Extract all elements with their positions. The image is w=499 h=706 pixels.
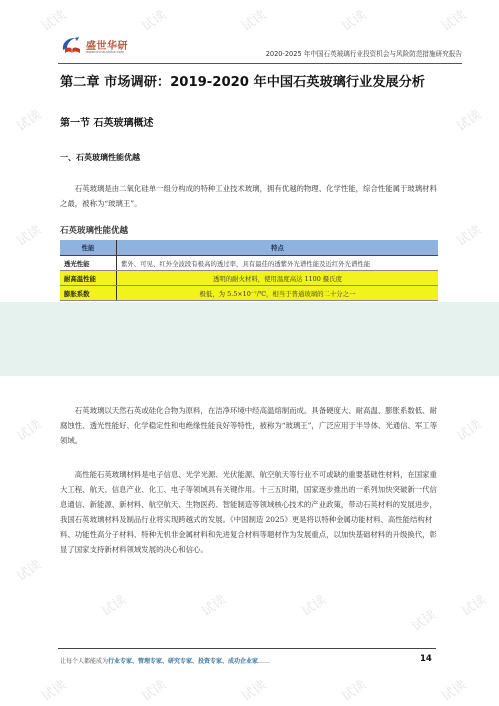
header-divider xyxy=(58,63,462,64)
overlay-banner[interactable] xyxy=(0,302,499,376)
column-header: 特点 xyxy=(117,240,439,256)
performance-table: 性能 特点 透光性能 紫外、可见、红外全波段有极高的透过率，具有最佳的透紫外光谱… xyxy=(60,240,438,301)
table-row: 透光性能 紫外、可见、红外全波段有极高的透过率，具有最佳的透紫外光谱性能及近红外… xyxy=(60,256,438,271)
slogan-suffix: …… xyxy=(258,658,270,665)
table-header-row: 性能 特点 xyxy=(60,240,438,256)
logo-book-icon xyxy=(60,36,82,56)
cell-feature: 透明的耐火材料，使用温度高达 1100 摄氏度 xyxy=(117,271,439,286)
cell-feature: 极低，为 5.5×10⁻⁷/℃，相当于普通玻璃的二十分之一 xyxy=(117,286,439,301)
logo-url: www.china-shiha.com xyxy=(86,50,124,54)
document-page: 盛世华研 www.china-shiha.com 2020-2025 年中国石英… xyxy=(0,0,499,706)
paragraph-text: 高性能石英玻璃材料是电子信息、光学光源、光伏能源、航空航天等行业不可或缺的重要基… xyxy=(60,467,442,557)
cell-property: 耐高温性能 xyxy=(60,271,117,286)
slogan-highlight: 行业专家、管理专家、研究专家、投资专家、成功企业家 xyxy=(108,658,258,665)
cell-property: 透光性能 xyxy=(60,256,117,271)
column-header: 性能 xyxy=(60,240,117,256)
slogan-prefix: 让每个人都能成为 xyxy=(60,658,108,665)
table-row: 耐高温性能 透明的耐火材料，使用温度高达 1100 摄氏度 xyxy=(60,271,438,286)
table-row: 膨胀系数 极低，为 5.5×10⁻⁷/℃，相当于普通玻璃的二十分之一 xyxy=(60,286,438,301)
cell-property: 膨胀系数 xyxy=(60,286,117,301)
subsection-title: 一、石英玻璃性能优越 xyxy=(60,152,140,163)
body-paragraph: 石英玻璃以天然石英或硅化合物为原料，在洁净环境中经高温熔制而成。具备硬度大、耐高… xyxy=(60,403,442,448)
footer-slogan: 让每个人都能成为行业专家、管理专家、研究专家、投资专家、成功企业家…… xyxy=(60,656,270,665)
paragraph-text: 石英玻璃是由二氧化硅单一组分构成的特种工业技术玻璃，拥有优越的物理、化学性能，综… xyxy=(60,181,442,211)
chapter-title: 第二章 市场调研：2019-2020 年中国石英玻璃行业发展分析 xyxy=(60,71,425,90)
footer-divider xyxy=(58,648,436,649)
page-number: 14 xyxy=(420,654,432,664)
cell-feature: 紫外、可见、红外全波段有极高的透过率，具有最佳的透紫外光谱性能及近红外光谱性能 xyxy=(117,256,439,271)
section-title: 第一节 石英玻璃概述 xyxy=(60,114,153,129)
report-title: 2020-2025 年中国石英玻璃行业投资机会与风险防范措施研究报告 xyxy=(266,48,462,58)
intro-paragraph: 石英玻璃是由二氧化硅单一组分构成的特种工业技术玻璃，拥有优越的物理、化学性能，综… xyxy=(60,181,442,211)
company-logo: 盛世华研 www.china-shiha.com xyxy=(58,34,138,60)
paragraph-text: 石英玻璃以天然石英或硅化合物为原料，在洁净环境中经高温熔制而成。具备硬度大、耐高… xyxy=(60,403,442,448)
table-caption: 石英玻璃性能优越 xyxy=(60,224,128,236)
body-paragraph: 高性能石英玻璃材料是电子信息、光学光源、光伏能源、航空航天等行业不可或缺的重要基… xyxy=(60,467,442,557)
page-header: 盛世华研 www.china-shiha.com 2020-2025 年中国石英… xyxy=(58,34,462,64)
